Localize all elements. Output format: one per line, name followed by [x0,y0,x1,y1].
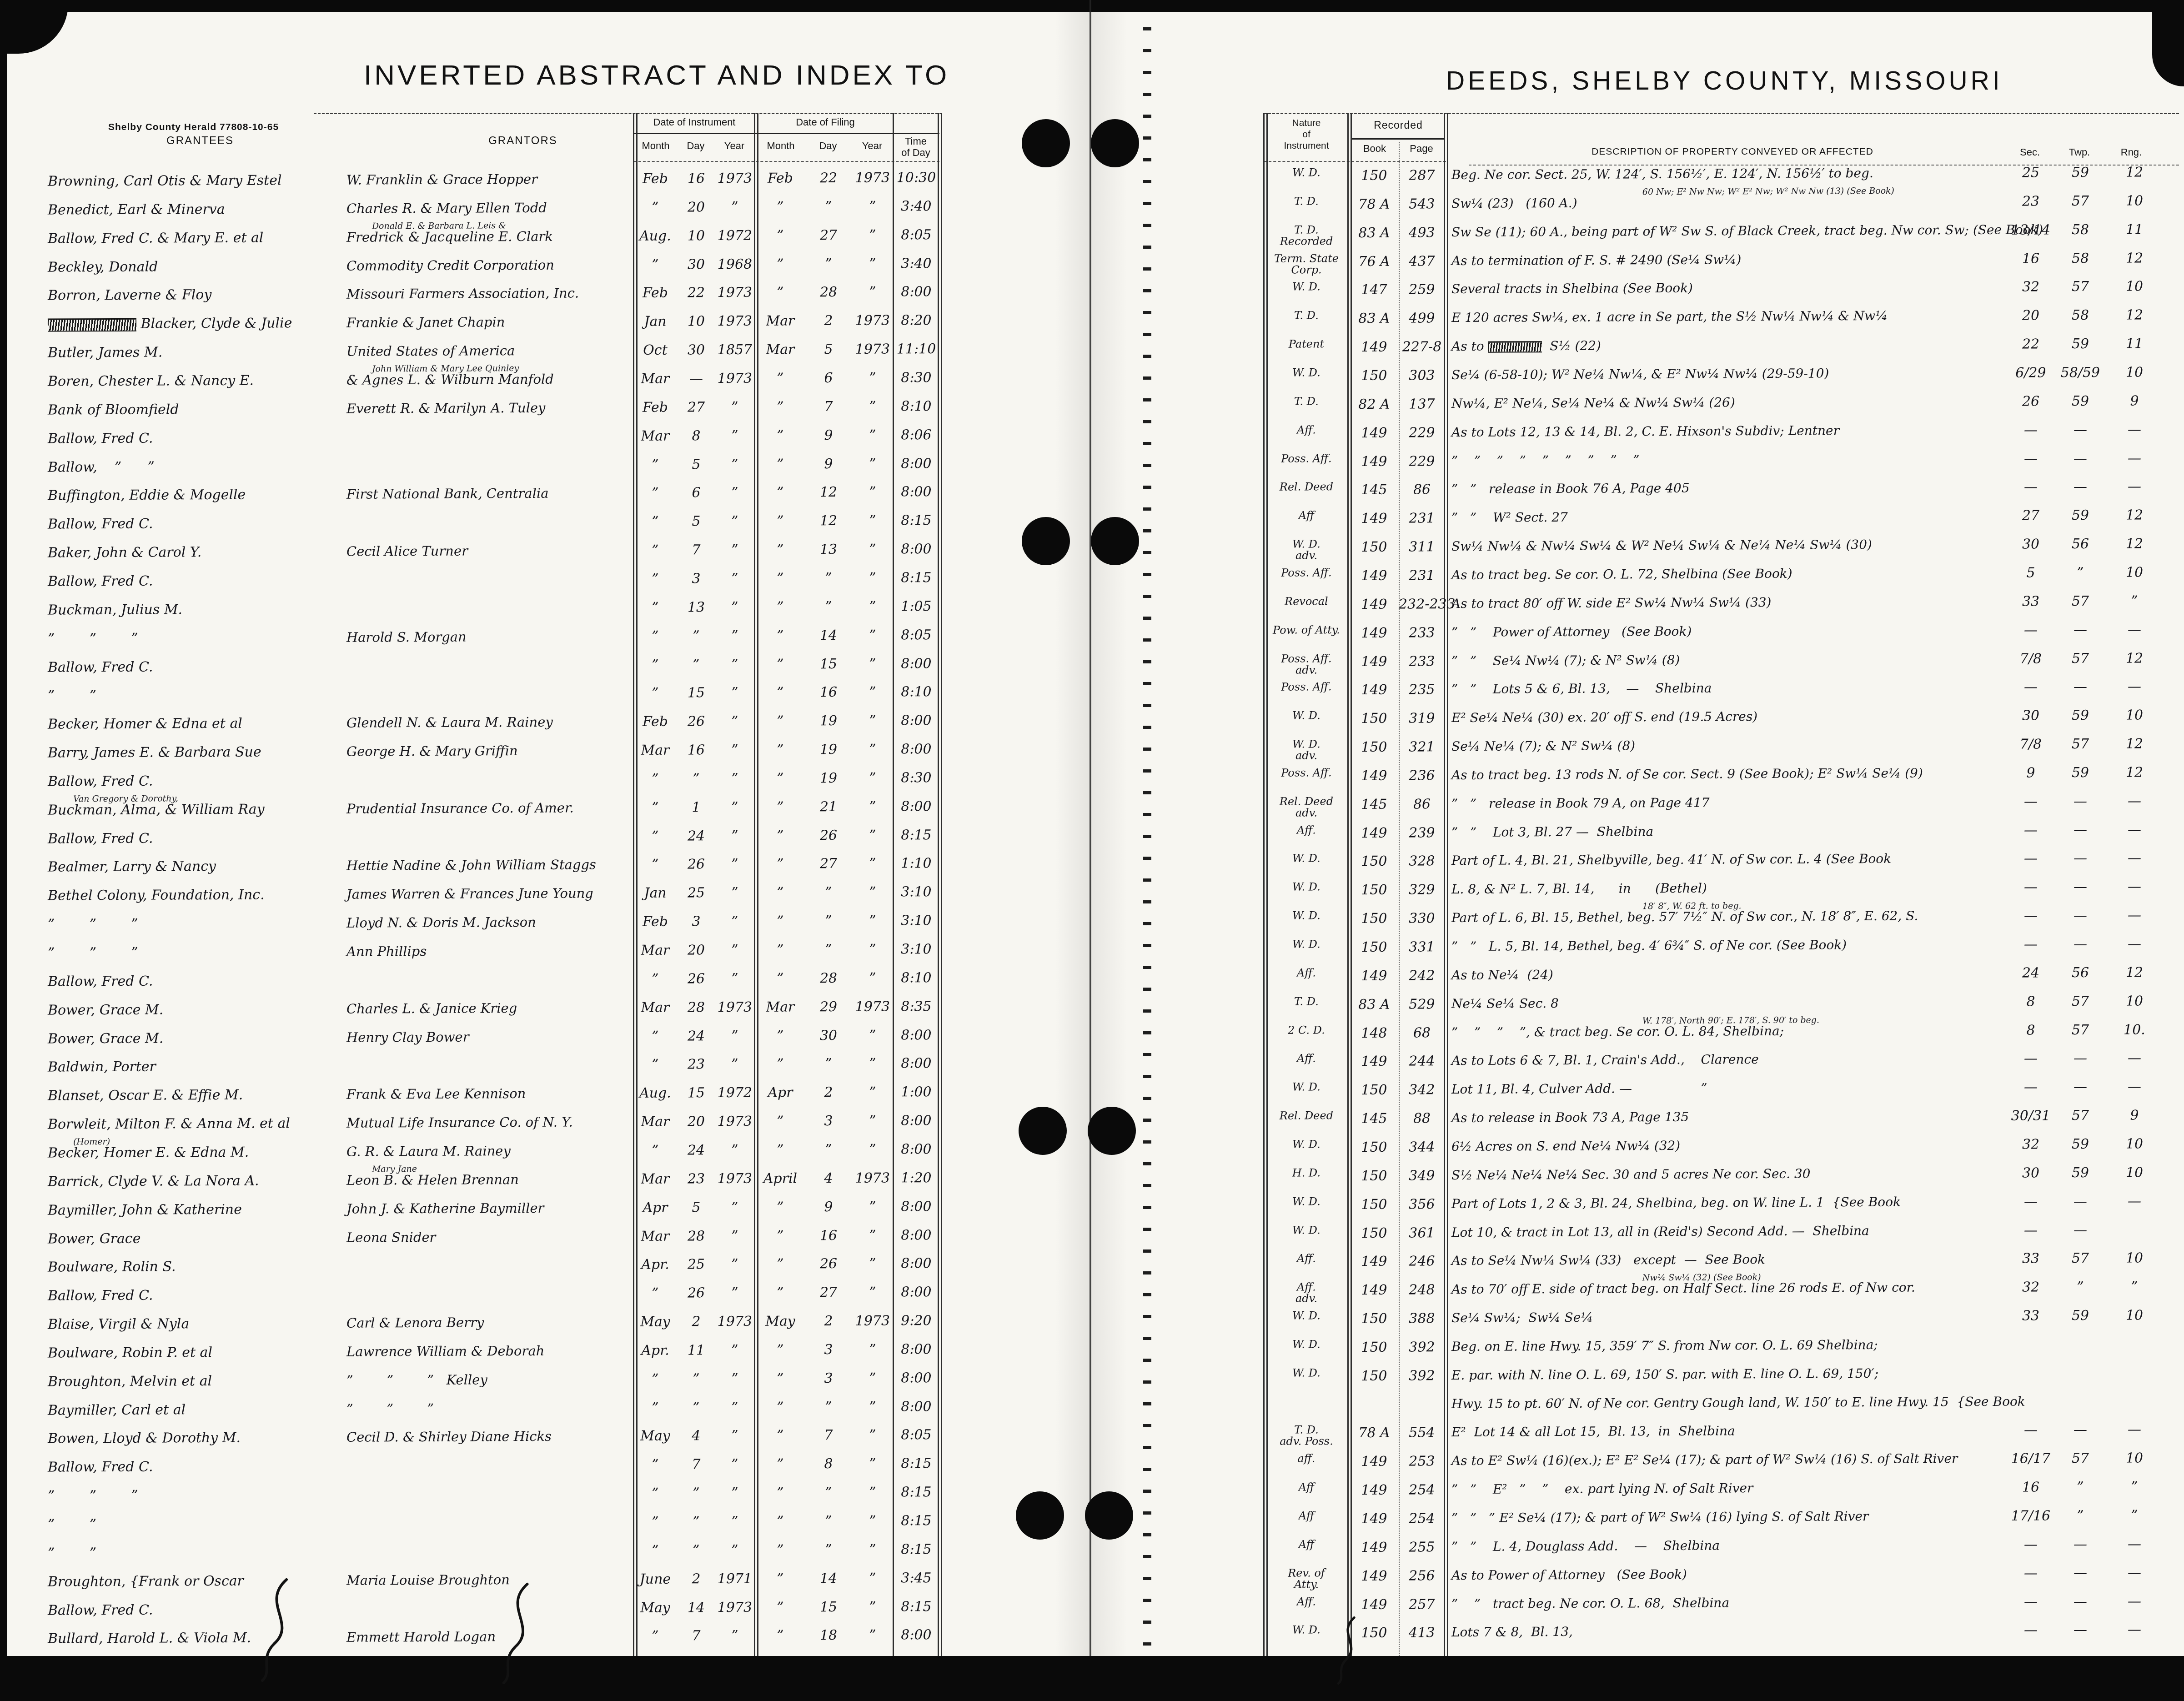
recorded-page-cell: 235 [1399,682,1445,697]
twp-cell: — [2055,1594,2105,1609]
grantor-cell [346,515,644,516]
instrument-day-cell: 5 [678,514,715,529]
filing-day-cell: 27 [805,1285,852,1300]
grantee-cell: ” ” ” [48,630,346,646]
grantee-cell: Ballow, Fred C. [48,573,346,589]
filing-year-cell: ” [853,485,892,500]
sec-cell: — [2008,1223,2053,1238]
instrument-day-cell: 2 [678,1315,715,1329]
scan-corner-top-left [0,0,68,54]
filing-time-cell: 8:00 [893,1028,939,1042]
instrument-month-cell: Mar [634,743,677,758]
recorded-page-cell: 227-8 [1399,340,1445,354]
property-description-cell: L. 8, & N² L. 7, Bl. 14, in (Bethel) [1451,880,2008,896]
filing-year-cell: 1973 [853,171,892,185]
recorded-page-cell: 499 [1399,311,1445,326]
filing-year-cell: ” [853,399,892,414]
rng-cell: 9 [2107,394,2162,408]
property-description-cell: Part of Lots 1, 2 & 3, Bl. 24, Shelbina,… [1451,1194,2008,1210]
filing-time-cell: 11:10 [893,342,939,356]
instrument-year-cell: ” [716,772,754,786]
filing-year-cell: 1973 [853,314,892,328]
filing-time-cell: 8:15 [893,513,939,528]
instrument-day-cell: 11 [678,1343,715,1358]
filing-day-cell: 16 [805,1228,852,1243]
grantor-cell: G. R. & Laura M. Rainey [346,1144,644,1159]
filing-day-header: Day [804,140,852,152]
instrument-day-cell: — [678,371,715,386]
grantor-cell [346,1515,644,1516]
recorded-page-cell: 554 [1399,1426,1445,1440]
instrument-day-cell: 24 [678,829,715,843]
filing-year-cell: ” [853,542,892,557]
grantee-cell: Bealmer, Larry & Nancy [48,859,346,874]
instrument-year-cell: ” [716,943,754,958]
instrument-year-cell: ” [716,1515,754,1529]
grantor-cell: ” ” ” [346,1400,644,1415]
instrument-day-cell: 23 [678,1058,715,1072]
filing-time-cell: 8:00 [893,1199,939,1214]
grantor-cell: John William & Mary Lee Quinley& Agnes L… [346,372,644,387]
property-description-cell: As to Power of Attorney (See Book) [1451,1566,2008,1582]
property-description-cell: As to E² Sw¼ (16)(ex.); E² E² Se¼ (17); … [1451,1452,2008,1468]
time-of-day-header: Time of Day [893,135,939,159]
twp-cell: 57 [2055,1109,2105,1123]
instrument-month-cell: ” [634,1629,677,1644]
filing-day-cell: 26 [805,828,852,843]
filing-day-cell: 19 [805,714,852,728]
grantor-cell: Lloyd N. & Doris M. Jackson [346,915,644,930]
grantee-cell: Ballow, Fred C. [48,1459,346,1475]
recorded-book-cell: 149 [1351,340,1398,355]
filing-month-cell: ” [757,1571,804,1586]
recorded-page-cell: 256 [1399,1569,1445,1583]
recorded-page-cell: 257 [1399,1597,1445,1612]
grantee-cell: Ballow, Fred C. [48,516,346,532]
nature-of-instrument-cell: W. D. [1265,853,1348,864]
nature-of-instrument-cell: Revocal [1265,596,1348,607]
recorded-book-cell: 150 [1351,1369,1398,1383]
filing-month-cell: ” [757,886,804,900]
nature-of-instrument-cell: T. D. adv. Poss. [1265,1424,1348,1447]
rng-cell: 10 [2107,365,2162,380]
filing-month-cell: ” [757,514,804,528]
instrument-year-cell: ” [716,657,754,672]
instrument-month-cell: ” [634,1372,677,1386]
grantor-cell [346,657,644,659]
filing-time-cell: 8:00 [893,1256,939,1271]
sec-cell: 22 [2008,337,2053,351]
grantee-cell: Bower, Grace M. [48,1030,346,1046]
twp-cell: 57 [2055,1023,2105,1037]
sec-cell: 23 [2008,194,2053,209]
filing-month-cell: ” [757,1143,804,1157]
grantee-cell: Boulware, Robin P. et al [48,1345,346,1360]
nature-of-instrument-cell: W. D. [1265,881,1348,893]
property-description-cell: Se¼ Sw¼; Sw¼ Se¼ [1451,1309,2008,1325]
filing-day-cell: 29 [805,1000,852,1014]
property-description-cell: ” ” E² ” ” ex. part lying N. of Salt Riv… [1451,1480,2008,1496]
sec-cell: 32 [2008,1137,2053,1152]
filing-month-cell: ” [757,1343,804,1357]
rng-cell: — [2107,937,2162,951]
property-description-cell: As to tract beg. 13 rods N. of Se cor. S… [1451,766,2008,782]
recorded-book-cell: 149 [1351,512,1398,526]
nature-of-instrument-cell: Poss. Aff. [1265,567,1348,579]
instrument-year-cell: ” [716,200,754,215]
filing-day-cell: 5 [805,342,852,357]
nature-of-instrument-cell: Aff. [1265,824,1348,836]
sec-cell: 30 [2008,537,2053,552]
recorded-page-cell: 543 [1399,197,1445,211]
property-description-cell: ” ” Lots 5 & 6, Bl. 13, — Shelbina [1451,680,2008,696]
twp-cell: — [2055,1223,2105,1237]
property-description-cell: E² Lot 14 & all Lot 15, Bl. 13, in Shelb… [1451,1423,2008,1439]
filing-month-cell: ” [757,771,804,786]
filing-year-cell: ” [853,742,892,757]
recorded-page-cell: 231 [1399,511,1445,526]
instrument-day-cell: 20 [678,200,715,215]
filing-year-cell: ” [853,1571,892,1586]
instrument-month-cell: ” [634,629,677,643]
instrument-month-cell: ” [634,1286,677,1301]
twp-cell: 59 [2055,766,2105,780]
instrument-month-cell: Oct [634,343,677,358]
property-description-cell: ” ” Lot 3, Bl. 27 — Shelbina [1451,823,2008,839]
rng-cell: 12 [2107,737,2162,751]
instrument-month-cell: Mar [634,943,677,958]
sec-cell: 20 [2008,309,2053,323]
rng-cell: 10 [2107,1165,2162,1180]
filing-time-cell: 10:30 [893,171,939,185]
property-description-cell: E² Se¼ Ne¼ (30) ex. 20′ off S. end (19.5… [1451,709,2008,725]
twp-cell: ” [2055,1509,2105,1523]
recorded-page-cell: 328 [1399,854,1445,869]
instrument-year-cell: ” [716,1543,754,1558]
filing-day-cell: 14 [805,628,852,642]
recorded-book-cell: 150 [1351,940,1398,954]
filing-month-cell: ” [757,457,804,472]
description-column-header: DESCRIPTION OF PROPERTY CONVEYED OR AFFE… [1469,146,1996,157]
recorded-page-cell: 248 [1399,1283,1445,1297]
rng-cell: — [2107,880,2162,894]
rng-cell: 12 [2107,765,2162,780]
twp-cell: 59 [2055,508,2105,523]
instrument-day-cell: ” [678,772,715,786]
instrument-day-cell: 25 [678,886,715,900]
filing-month-cell: ” [757,1543,804,1557]
recorded-book-cell: 150 [1351,712,1398,726]
instrument-month-cell: Mar [634,1229,677,1244]
property-description-cell: As to S½ (22) [1451,337,2008,353]
instrument-day-cell: 23 [678,1172,715,1186]
recorded-page-cell: 229 [1399,426,1445,440]
recorded-book-cell: 78 A [1351,197,1398,211]
filing-month-cell: ” [757,743,804,757]
filing-day-cell: ” [805,943,852,957]
filing-time-cell: 1:05 [893,599,939,614]
filing-time-cell: 8:15 [893,828,939,842]
filing-time-cell: 8:00 [893,799,939,814]
filing-time-cell: 3:45 [893,1571,939,1586]
filing-month-cell: ” [757,1057,804,1072]
instrument-day-cell: 10 [678,314,715,329]
property-description-cell: Nw¼ Sw¼ (32) (See Book)As to 70′ off E. … [1451,1280,2008,1296]
recorded-page-cell: 330 [1399,911,1445,926]
filing-month-cell: ” [757,600,804,614]
instrument-month-cell: ” [634,657,677,672]
recorded-page-cell: 86 [1399,797,1445,812]
sec-cell: — [2008,1080,2053,1094]
recorded-page-cell: 303 [1399,368,1445,383]
rng-cell: 10 [2107,1308,2162,1323]
sec-cell: 9 [2008,766,2053,780]
grantee-cell: ” ” [48,1545,346,1560]
filing-time-cell: 8:00 [893,1628,939,1642]
rng-cell: ” [2107,1480,2162,1494]
grantee-cell: Butler, James M. [48,345,346,360]
twp-cell: — [2055,937,2105,952]
property-description-cell: Hwy. 15 to pt. 60′ N. of Ne cor. Gentry … [1451,1395,2008,1410]
filing-month-cell: ” [757,828,804,843]
nature-of-instrument-cell: H. D. [1265,1167,1348,1179]
rng-cell: 12 [2107,308,2162,323]
filing-year-cell: ” [853,1542,892,1557]
grantor-cell: John J. & Katherine Baymiller [346,1200,644,1215]
rng-cell [2107,1337,2162,1337]
filing-day-cell: 18 [805,1628,852,1643]
twp-cell: — [2055,1537,2105,1552]
property-description-cell: As to tract 80′ off W. side E² Sw¼ Nw¼ S… [1451,595,2008,611]
filing-day-cell: ” [805,914,852,928]
twp-cell: — [2055,794,2105,808]
grantee-cell: ” ” [48,687,346,703]
sec-cell: — [2008,823,2053,838]
filing-year-cell: ” [853,1199,892,1214]
filing-year-cell: ” [853,942,892,957]
grantor-cell: Glendell N. & Laura M. Rainey [346,715,644,730]
property-description-cell: Sw¼ Nw¼ & Nw¼ Sw¼ & W² Ne¼ Sw¼ & Ne¼ Ne¼… [1451,537,2008,553]
filing-day-cell: 6 [805,371,852,386]
property-description-cell: As to release in Book 73 A, Page 135 [1451,1109,2008,1125]
nature-of-instrument-cell: Aff. [1265,424,1348,436]
nature-of-instrument-cell: Poss. Aff. [1265,681,1348,693]
filing-month-cell: Apr [757,1085,804,1100]
property-description-cell: Several tracts in Shelbina (See Book) [1451,280,2008,296]
filing-month-cell: ” [757,971,804,986]
sec-cell: — [2008,1595,2053,1609]
filing-day-cell: 7 [805,400,852,414]
grantee-cell: ” ” ” [48,945,346,960]
filing-day-cell: 26 [805,1257,852,1271]
nature-of-instrument-cell: Rel. Deed [1265,1110,1348,1122]
recorded-page-cell: 361 [1399,1226,1445,1240]
grantor-cell: Leona Snider [346,1229,644,1244]
instrument-day-cell: 22 [678,286,715,301]
property-description-cell: Nw¼, E² Ne¼, Se¼ Ne¼ & Nw¼ Sw¼ (26) [1451,395,2008,411]
instrument-year-cell: ” [716,1257,754,1272]
instrument-year-cell: ” [716,1229,754,1243]
instrument-month-cell: ” [634,772,677,786]
page-column-header: Page [1399,143,1444,155]
filing-time-cell: 8:00 [893,1342,939,1357]
property-description-cell: Part of L. 4, Bl. 21, Shelbyville, beg. … [1451,852,2008,868]
filing-year-cell: 1973 [853,1314,892,1328]
instrument-month-cell: Mar [634,1115,677,1129]
nature-of-instrument-cell: Aff [1265,1481,1348,1493]
twp-cell: — [2055,1623,2105,1637]
recorded-page-cell: 88 [1399,1111,1445,1126]
instrument-day-cell: ” [678,1486,715,1500]
property-description-cell: ” ” W² Sect. 27 [1451,509,2008,525]
filing-month-cell: ” [757,628,804,643]
filing-year-cell: ” [853,571,892,585]
rng-cell: — [2107,1051,2162,1066]
grantee-cell: Ballow, Fred C. [48,659,346,674]
instrument-year-cell: 1973 [716,371,754,386]
grantee-cell: Borron, Laverne & Floy [48,287,346,303]
property-description-cell: W. 178′, North 90′; E. 178′, S. 90′ to b… [1451,1023,2008,1039]
instrument-year-cell: ” [716,1371,754,1386]
nature-of-instrument-cell: W. D. adv. [1265,738,1348,762]
filing-time-cell: 8:00 [893,1142,939,1157]
rng-cell: 12 [2107,165,2162,180]
recorded-page-cell: 255 [1399,1540,1445,1555]
sec-cell: 13/14 [2008,223,2053,237]
instrument-month-cell: ” [634,1029,677,1044]
nature-of-instrument-cell: Patent [1265,338,1348,350]
instrument-year-cell: ” [716,628,754,643]
rng-cell: — [2107,908,2162,923]
printer-imprint: Shelby County Herald 77808-10-65 [108,122,279,133]
filing-year-cell: ” [853,256,892,271]
instrument-month-cell: ” [634,686,677,701]
rng-cell: — [2107,480,2162,494]
property-description-cell: ” ” L. 4, Douglass Add. — Shelbina [1451,1538,2008,1554]
recorded-book-cell: 149 [1351,683,1398,697]
rng-cell: 12 [2107,251,2162,266]
recorded-book-cell: 148 [1351,1026,1398,1040]
instrument-day-cell: 3 [678,914,715,929]
filing-year-cell: ” [853,1285,892,1300]
struck-out-text [1488,341,1541,353]
property-description-cell: ” ” ” ” ” ” ” ” ” [1451,452,2008,467]
property-description-cell: As to tract beg. Se cor. O. L. 72, Shelb… [1451,566,2008,582]
grantee-cell: Blaise, Virgil & Nyla [48,1316,346,1332]
grantor-cell [346,1486,644,1488]
sec-cell: — [2008,1623,2053,1638]
instrument-year-cell: 1973 [716,1114,754,1129]
instrument-day-cell: 14 [678,1601,715,1615]
filing-year-cell: ” [853,428,892,442]
grantor-cell: First National Bank, Centralia [346,486,644,501]
recorded-book-cell: 150 [1351,540,1398,555]
rng-cell: 9 [2107,1108,2162,1123]
rng-cell: — [2107,451,2162,466]
instrument-year-cell: 1973 [716,1172,754,1186]
rng-cell: — [2107,1594,2162,1609]
filing-month-cell: ” [757,1400,804,1415]
instrument-month-cell: ” [634,800,677,815]
recorded-book-cell: 83 A [1351,997,1398,1012]
grantor-cell: Charles R. & Mary Ellen Todd [346,201,644,216]
grantee-cell: Ballow, Fred C. [48,973,346,988]
marginal-annotation: W. 178′, North 90′; E. 178′, S. 90′ to b… [1642,1016,1819,1026]
grantor-cell: Commodity Credit Corporation [346,257,644,272]
rng-cell: 10 [2107,1451,2162,1466]
instrument-month-cell: Feb [634,172,677,186]
filing-time-cell: 8:00 [893,485,939,499]
recorded-book-cell: 150 [1351,1226,1398,1240]
twp-cell: 56 [2055,537,2105,552]
sec-cell: 24 [2008,966,2053,980]
filing-day-cell: 3 [805,1371,852,1386]
recorded-page-cell: 233 [1399,654,1445,669]
grantor-cell: Cecil D. & Shirley Diane Hicks [346,1429,644,1444]
instrument-year-cell: 1973 [716,1000,754,1014]
filing-time-cell: 8:00 [893,542,939,557]
instrument-year-cell: ” [716,1400,754,1415]
grantor-cell: Harold S. Morgan [346,629,644,644]
instrument-month-cell: ” [634,1058,677,1072]
instrument-year-cell: 1973 [716,1600,754,1615]
instrument-month-header: Month [635,140,677,152]
ink-flourish [1330,1616,1366,1685]
recorded-book-cell: 149 [1351,1283,1398,1298]
sec-cell: 26 [2008,394,2053,409]
instrument-month-cell: ” [634,1486,677,1501]
filing-time-cell: 8:15 [893,571,939,585]
sec-cell: 30 [2008,708,2053,723]
instrument-year-header: Year [715,140,754,152]
instrument-day-cell: 24 [678,1029,715,1044]
filing-month-cell: ” [757,1485,804,1500]
marginal-annotation: Van Gregory & Dorothy, [73,794,178,804]
nature-of-instrument-cell: Aff. [1265,1596,1348,1608]
sec-cell: 33 [2008,1252,2053,1266]
twp-cell: 58 [2055,251,2105,266]
filing-day-cell: ” [805,1143,852,1157]
filing-month-cell: ” [757,371,804,386]
instrument-day-cell: 13 [678,600,715,615]
grantor-cell: Mutual Life Insurance Co. of N. Y. [346,1115,644,1130]
nature-of-instrument-cell: Pow. of Atty. [1265,624,1348,636]
twp-cell: — [2055,908,2105,923]
filing-year-cell: 1973 [853,1171,892,1185]
filing-month-cell: ” [757,714,804,728]
twp-cell: 57 [2055,280,2105,294]
sec-cell: 32 [2008,1280,2053,1295]
recorded-page-cell: 529 [1399,997,1445,1012]
recorded-page-cell: 342 [1399,1083,1445,1097]
recorded-page-cell: 246 [1399,1254,1445,1269]
grantor-cell [346,829,644,830]
instrument-year-cell: ” [716,514,754,529]
filing-year-cell: ” [853,1400,892,1414]
grantor-cell [346,772,644,773]
grantor-cell: Missouri Farmers Association, Inc. [346,286,644,301]
ink-flourish [252,1578,302,1682]
filing-day-cell: ” [805,885,852,900]
recorded-book-cell: 149 [1351,1483,1398,1498]
rng-cell: 10 [2107,1251,2162,1266]
filing-time-cell: 3:40 [893,199,939,214]
grantor-cell [346,972,644,973]
recorded-page-cell: 344 [1399,1140,1445,1154]
filing-day-cell: 2 [805,314,852,328]
recorded-page-cell: 254 [1399,1511,1445,1526]
filing-year-cell: ” [853,599,892,614]
